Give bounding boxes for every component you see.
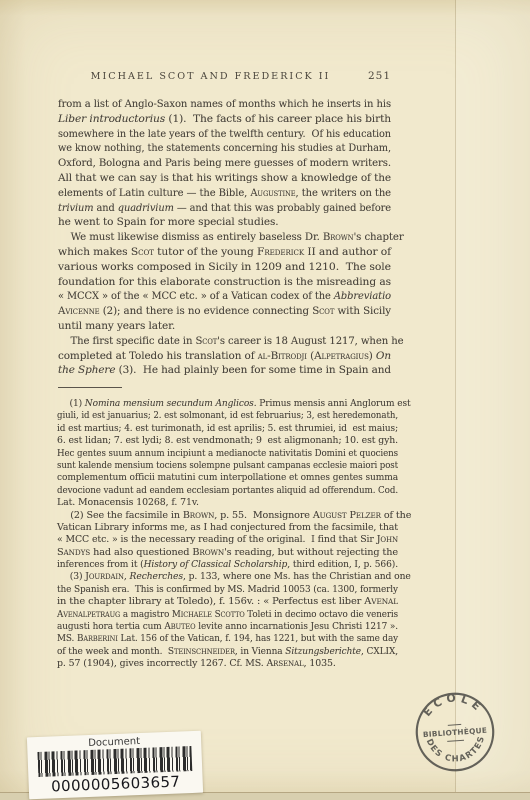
stamp-text-bottom: DES CHARTES bbox=[424, 733, 488, 765]
text-line: (1) Nomina mensium secundum Anglicos. Pr… bbox=[57, 398, 385, 410]
text-line: inferences from it (History of Classical… bbox=[57, 559, 387, 571]
text-line: Hec gentes suum annum incipiunt a median… bbox=[57, 448, 373, 460]
text-line: we know nothing, the statements concerni… bbox=[58, 141, 368, 156]
text-line: Oxford, Bologna and Paris being mere gue… bbox=[58, 156, 379, 171]
text-line: 6. est lidan; 7. est lydi; 8. est vendmo… bbox=[57, 435, 395, 447]
text-line: trivium and quadrivium — and that this w… bbox=[58, 201, 370, 216]
footnote: (2) See the facsimile in Brown, p. 55. M… bbox=[57, 510, 398, 572]
running-head: MICHAEL SCOT AND FREDERICK II 251 bbox=[58, 71, 391, 85]
text-line: Sandys had also questioned Brown's readi… bbox=[57, 547, 410, 559]
stamp-text-top: ECOLE bbox=[419, 689, 487, 719]
text-line: which makes Scot tutor of the young Fred… bbox=[58, 245, 398, 260]
text-line: MS. Barberini Lat. 156 of the Vatican, f… bbox=[57, 633, 377, 645]
adjacent-page-edge bbox=[456, 0, 530, 793]
text-line: augusti hora tertia cum Abuteo levite an… bbox=[57, 621, 381, 633]
library-stamp: ECOLE BIBLIOTHÈQUE DES CHARTES bbox=[410, 687, 500, 777]
footnote: (1) Nomina mensium secundum Anglicos. Pr… bbox=[57, 398, 398, 510]
body-paragraph: We must likewise dismiss as entirely bas… bbox=[58, 230, 391, 334]
page-number: 251 bbox=[368, 70, 391, 82]
footnotes: (1) Nomina mensium secundum Anglicos. Pr… bbox=[57, 398, 398, 671]
footnote-divider bbox=[58, 387, 122, 388]
text-line: he went to Spain for more special studie… bbox=[58, 215, 391, 230]
text-line: the Sphere (3). He had plainly been for … bbox=[58, 363, 390, 378]
text-line: (2) See the facsimile in Brown, p. 55. M… bbox=[57, 510, 405, 522]
text-line: foundation for this elaborate constructi… bbox=[58, 275, 397, 290]
text-line: the Spanish era. This is confirmed by MS… bbox=[57, 584, 381, 596]
text-line: The first specific date in Scot's career… bbox=[58, 334, 378, 349]
scanned-book-page: MICHAEL SCOT AND FREDERICK II 251 from a… bbox=[0, 0, 530, 800]
text-line: (3) Jourdain, Recherches, p. 133, where … bbox=[57, 571, 391, 583]
text-line: « MCCX » of the « MCC etc. » of a Vatica… bbox=[58, 289, 372, 304]
text-line: devocione vadunt ad eandem ecclesiam por… bbox=[57, 485, 375, 497]
stamp-rule-bottom bbox=[447, 740, 464, 741]
text-line: until many years later. bbox=[58, 319, 391, 334]
body-paragraph: from a list of Anglo-Saxon names of mont… bbox=[58, 97, 391, 230]
text-line: Liber introductorius (1). The facts of h… bbox=[58, 112, 395, 127]
text-line: completed at Toledo his translation of a… bbox=[58, 349, 389, 364]
text-line: We must likewise dismiss as entirely bas… bbox=[58, 230, 381, 245]
stamp-rule-top bbox=[448, 724, 461, 725]
text-line: p. 57 (1904), gives incorrectly 1267. Cf… bbox=[57, 658, 398, 670]
text-line: somewhere in the late years of the twelf… bbox=[58, 127, 367, 142]
text-line: Avicenne (2); and there is no evidence c… bbox=[58, 304, 384, 319]
text-line: sunt kalende mensium tociens solempne pu… bbox=[57, 460, 370, 472]
text-line: id est martius; 4. est turimonath, id es… bbox=[57, 423, 383, 435]
text-line: giuli, id est januarius; 2. est solmonan… bbox=[57, 410, 372, 422]
text-line: Vatican Library informs me, as I had con… bbox=[57, 522, 399, 534]
text-line: of the week and month. Steinschneider, i… bbox=[57, 646, 384, 658]
footnote: (3) Jourdain, Recherches, p. 133, where … bbox=[57, 571, 398, 670]
text-line: elements of Latin culture — the Bible, A… bbox=[58, 186, 375, 201]
running-head-title: MICHAEL SCOT AND FREDERICK II bbox=[91, 71, 331, 82]
text-line: Lat. Monacensis 10268, f. 71v. bbox=[57, 497, 398, 509]
text-line: « MCC etc. » is the necessary reading of… bbox=[57, 534, 398, 546]
text-line: complementum officii matutini cum interp… bbox=[57, 472, 386, 484]
barcode-label: Document 0000005603657 bbox=[27, 731, 203, 800]
text-line: Avenalpetraug a magistro Michaele Scotto… bbox=[57, 609, 375, 621]
body-paragraph: The first specific date in Scot's career… bbox=[58, 334, 391, 378]
text-line: from a list of Anglo-Saxon names of mont… bbox=[58, 97, 376, 112]
text-line: various works composed in Sicily in 1209… bbox=[58, 260, 402, 275]
text-line: All that we can say is that his writings… bbox=[58, 171, 391, 186]
text-line: in the chapter library at Toledo), f. 15… bbox=[57, 596, 414, 608]
page-body-text: from a list of Anglo-Saxon names of mont… bbox=[58, 97, 391, 378]
